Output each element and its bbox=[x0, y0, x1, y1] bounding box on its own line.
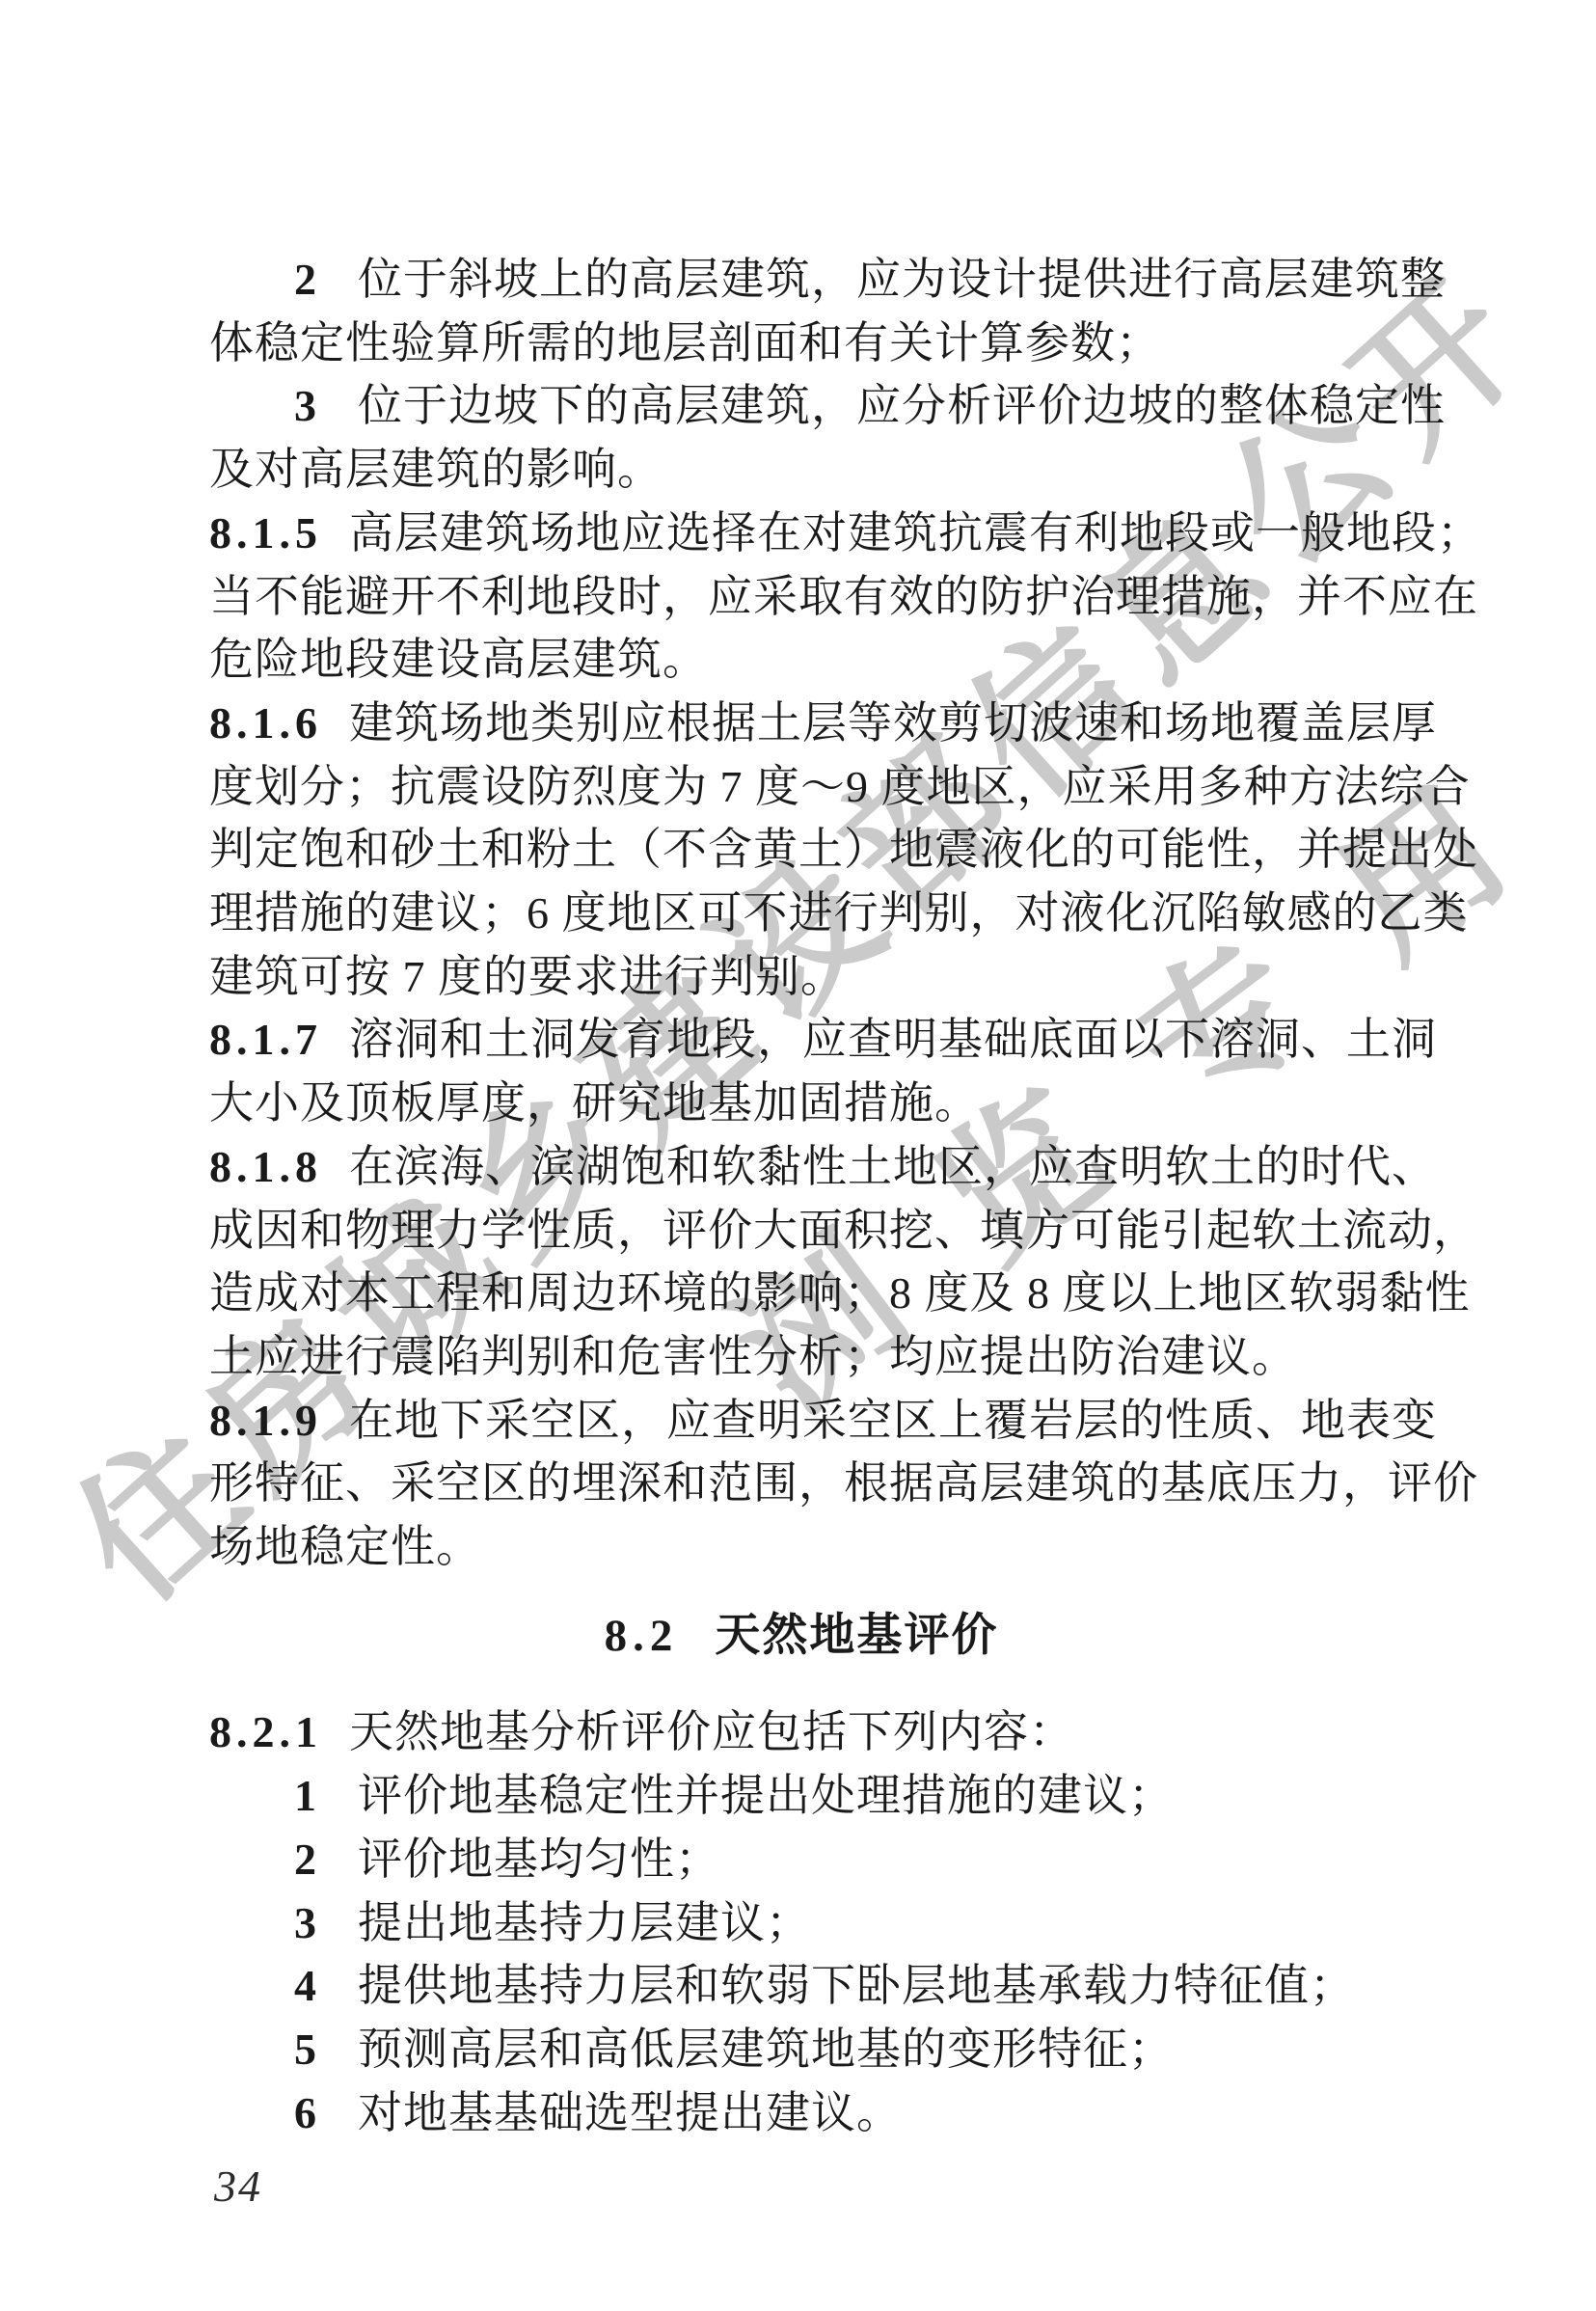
numbered-text-line: 8.1.6建筑场地类别应根据土层等效剪切波速和场地覆盖层厚 bbox=[209, 692, 1393, 755]
numbered-text-line: 1评价地基稳定性并提出处理措施的建议； bbox=[209, 1764, 1393, 1828]
line-number: 2 bbox=[294, 255, 317, 304]
section-8-1-lines: 2位于斜坡上的高层建筑，应为设计提供进行高层建筑整体稳定性验算所需的地层剖面和有… bbox=[209, 248, 1393, 1579]
line-text: 建筑场地类别应根据土层等效剪切波速和场地覆盖层厚 bbox=[349, 698, 1437, 748]
line-text: 危险地段建设高层建筑。 bbox=[209, 635, 708, 684]
numbered-text-line: 8.1.9在地下采空区，应查明采空区上覆岩层的性质、地表变 bbox=[209, 1389, 1393, 1453]
numbered-text-line: 2位于斜坡上的高层建筑，应为设计提供进行高层建筑整 bbox=[209, 248, 1393, 312]
numbered-text-line: 8.2.1天然地基分析评价应包括下列内容： bbox=[209, 1700, 1393, 1764]
numbered-text-line: 3提出地基持力层建议； bbox=[209, 1891, 1393, 1955]
line-number: 8.2.1 bbox=[209, 1707, 322, 1756]
line-number: 1 bbox=[294, 1771, 317, 1820]
numbered-text-line: 2评价地基均匀性； bbox=[209, 1828, 1393, 1891]
numbered-text-line: 5预测高层和高低层建筑地基的变形特征； bbox=[209, 2018, 1393, 2081]
text-line: 成因和物理力学性质，评价大面积挖、填方可能引起软土流动， bbox=[209, 1199, 1393, 1263]
line-number: 8.1.7 bbox=[209, 1015, 322, 1064]
text-line: 建筑可按 7 度的要求进行判别。 bbox=[209, 945, 1393, 1009]
line-text: 造成对本工程和周边环境的影响；8 度及 8 度以上地区软弱黏性 bbox=[209, 1268, 1471, 1318]
line-text: 土应进行震陷判别和危害性分析；均应提出防治建议。 bbox=[209, 1332, 1297, 1381]
text-line: 场地稳定性。 bbox=[209, 1515, 1393, 1579]
numbered-text-line: 6对地基基础选型提出建议。 bbox=[209, 2081, 1393, 2145]
numbered-text-line: 8.1.5高层建筑场地应选择在对建筑抗震有利地段或一般地段； bbox=[209, 502, 1393, 565]
numbered-text-line: 4提供地基持力层和软弱下卧层地基承载力特征值； bbox=[209, 1954, 1393, 2018]
line-number: 3 bbox=[294, 1898, 317, 1947]
page-number: 34 bbox=[214, 2161, 262, 2212]
line-number: 4 bbox=[294, 1961, 317, 2010]
line-text: 提出地基持力层建议； bbox=[358, 1898, 811, 1947]
line-text: 溶洞和土洞发育地段，应查明基础底面以下溶洞、土洞 bbox=[349, 1015, 1437, 1064]
line-text: 评价地基稳定性并提出处理措施的建议； bbox=[358, 1771, 1174, 1820]
line-text: 当不能避开不利地段时，应采取有效的防护治理措施，并不应在 bbox=[209, 572, 1478, 621]
line-text: 位于边坡下的高层建筑，应分析评价边坡的整体稳定性 bbox=[358, 381, 1446, 430]
line-number: 6 bbox=[294, 2088, 317, 2137]
line-text: 形特征、采空区的埋深和范围，根据高层建筑的基底压力，评价 bbox=[209, 1458, 1478, 1508]
line-text: 体稳定性验算所需的地层剖面和有关计算参数； bbox=[209, 318, 1161, 367]
line-number: 3 bbox=[294, 381, 317, 430]
text-line: 判定饱和砂土和粉土（不含黄土）地震液化的可能性，并提出处 bbox=[209, 818, 1393, 882]
text-line: 造成对本工程和周边环境的影响；8 度及 8 度以上地区软弱黏性 bbox=[209, 1262, 1393, 1325]
body-text: 2位于斜坡上的高层建筑，应为设计提供进行高层建筑整体稳定性验算所需的地层剖面和有… bbox=[209, 248, 1393, 2144]
section-8-2-lines: 8.2.1天然地基分析评价应包括下列内容：1评价地基稳定性并提出处理措施的建议；… bbox=[209, 1700, 1393, 2144]
line-text: 位于斜坡上的高层建筑，应为设计提供进行高层建筑整 bbox=[358, 255, 1446, 304]
numbered-text-line: 3位于边坡下的高层建筑，应分析评价边坡的整体稳定性 bbox=[209, 374, 1393, 438]
text-line: 危险地段建设高层建筑。 bbox=[209, 628, 1393, 692]
text-line: 形特征、采空区的埋深和范围，根据高层建筑的基底压力，评价 bbox=[209, 1452, 1393, 1515]
line-text: 大小及顶板厚度，研究地基加固措施。 bbox=[209, 1078, 980, 1128]
text-line: 土应进行震陷判别和危害性分析；均应提出防治建议。 bbox=[209, 1325, 1393, 1389]
line-text: 建筑可按 7 度的要求进行判别。 bbox=[209, 952, 846, 1001]
section-heading-number: 8.2 bbox=[605, 1611, 679, 1661]
section-heading: 8.2天然地基评价 bbox=[209, 1605, 1393, 1669]
line-text: 评价地基均匀性； bbox=[358, 1835, 720, 1884]
text-line: 及对高层建筑的影响。 bbox=[209, 438, 1393, 502]
line-text: 理措施的建议；6 度地区可不进行判别，对液化沉陷敏感的乙类 bbox=[209, 888, 1469, 938]
line-text: 天然地基分析评价应包括下列内容： bbox=[349, 1707, 1074, 1756]
text-line: 大小及顶板厚度，研究地基加固措施。 bbox=[209, 1072, 1393, 1135]
line-text: 对地基基础选型提出建议。 bbox=[358, 2088, 902, 2137]
line-text: 预测高层和高低层建筑地基的变形特征； bbox=[358, 2025, 1174, 2074]
line-number: 8.1.5 bbox=[209, 508, 322, 557]
text-line: 度划分；抗震设防烈度为 7 度～9 度地区，应采用多种方法综合 bbox=[209, 755, 1393, 819]
line-text: 成因和物理力学性质，评价大面积挖、填方可能引起软土流动， bbox=[209, 1206, 1478, 1255]
line-text: 高层建筑场地应选择在对建筑抗震有利地段或一般地段； bbox=[349, 508, 1482, 557]
line-number: 5 bbox=[294, 2025, 317, 2074]
text-line: 当不能避开不利地段时，应采取有效的防护治理措施，并不应在 bbox=[209, 565, 1393, 629]
line-text: 度划分；抗震设防烈度为 7 度～9 度地区，应采用多种方法综合 bbox=[209, 762, 1471, 811]
line-text: 在地下采空区，应查明采空区上覆岩层的性质、地表变 bbox=[349, 1396, 1437, 1445]
line-text: 场地稳定性。 bbox=[209, 1522, 481, 1571]
text-line: 理措施的建议；6 度地区可不进行判别，对液化沉陷敏感的乙类 bbox=[209, 882, 1393, 945]
numbered-text-line: 8.1.8在滨海、滨湖饱和软黏性土地区，应查明软土的时代、 bbox=[209, 1135, 1393, 1199]
section-heading-title: 天然地基评价 bbox=[715, 1611, 998, 1661]
text-line: 体稳定性验算所需的地层剖面和有关计算参数； bbox=[209, 312, 1393, 375]
line-text: 在滨海、滨湖饱和软黏性土地区，应查明软土的时代、 bbox=[349, 1142, 1437, 1191]
line-number: 8.1.6 bbox=[209, 698, 322, 748]
line-text: 及对高层建筑的影响。 bbox=[209, 445, 663, 494]
line-text: 提供地基持力层和软弱下卧层地基承载力特征值； bbox=[358, 1961, 1355, 2010]
line-number: 8.1.9 bbox=[209, 1396, 322, 1445]
line-number: 8.1.8 bbox=[209, 1142, 322, 1191]
line-text: 判定饱和砂土和粉土（不含黄土）地震液化的可能性，并提出处 bbox=[209, 825, 1478, 874]
line-number: 2 bbox=[294, 1835, 317, 1884]
numbered-text-line: 8.1.7溶洞和土洞发育地段，应查明基础底面以下溶洞、土洞 bbox=[209, 1008, 1393, 1072]
document-page: 住房城乡建设部信息公开 浏览专用 2位于斜坡上的高层建筑，应为设计提供进行高层建… bbox=[0, 0, 1596, 2311]
